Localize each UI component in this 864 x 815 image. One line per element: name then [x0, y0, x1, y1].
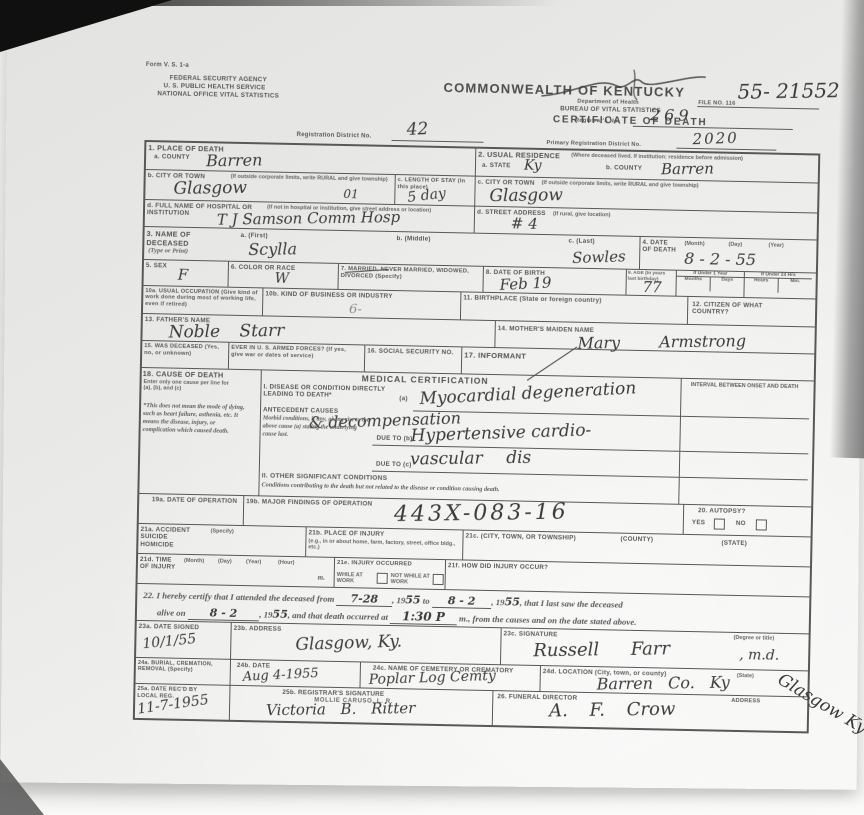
how-injury-label: 21f. HOW DID INJURY OCCUR?	[448, 562, 548, 571]
autopsy-no-label: NO	[736, 520, 746, 528]
disease-label: I. DISEASE OR CONDITION DIRECTLY LEADING…	[263, 383, 395, 400]
certify-year3: 55	[272, 608, 288, 621]
injury-state-label: (STATE)	[721, 540, 747, 548]
injury-occurred-label: 21e. INJURY OCCURRED	[337, 560, 412, 568]
certify-from-value: 7-28	[336, 592, 392, 607]
cemetery-cell: 24c. NAME OF CEMETERY OR CREMATORY Popla…	[360, 662, 540, 691]
while-at-work-checkbox	[377, 573, 388, 584]
middle-name-label: b. (Middle)	[396, 235, 430, 243]
race-cell: 6. COLOR OR RACE W	[229, 262, 339, 289]
certify-hour-value: 1:30 P	[390, 609, 457, 625]
months-label: Months	[677, 277, 711, 292]
residence-state-label: a. STATE	[482, 162, 511, 170]
industry-label: 10b. KIND OF BUSINESS OR INDUSTRY	[265, 290, 455, 301]
certification-sep3: , 19	[259, 609, 272, 619]
interval-line-b	[680, 451, 808, 455]
birthplace-label: 11. BIRTHPLACE (State or foreign country…	[463, 294, 601, 304]
autopsy-yes-label: YES	[692, 519, 706, 527]
certify-alive-value: 8 - 2	[188, 606, 260, 621]
ink-scribble	[537, 66, 708, 105]
injury-place-label: 21b. PLACE OF INJURY	[309, 529, 385, 538]
primary-reg-label: Primary Registration District No.	[546, 140, 641, 148]
medical-certification-title: MEDICAL CERTIFICATION	[362, 373, 489, 386]
was-deceased-label: 15. WAS DECEASED (Yes, no, or unknown)	[144, 343, 224, 358]
interval-label: INTERVAL BETWEEN ONSET AND DEATH	[690, 383, 800, 391]
under1-cell: If Under 1 Year Months Days	[676, 271, 744, 297]
injury-occurred-cell: 21e. INJURY OCCURRED WHILE AT WORK NOT W…	[335, 558, 447, 589]
cause-c-prefix: DUE TO (c)	[376, 461, 412, 469]
certify-year1: 55	[405, 593, 421, 606]
file-no-value: 55- 21552	[737, 78, 840, 104]
dob-value: Feb 19	[499, 273, 552, 294]
row-cause: 18. CAUSE OF DEATH Enter only one cause …	[139, 368, 813, 507]
file-no-rule	[697, 106, 819, 109]
dod-month-label: (Month)	[684, 241, 704, 248]
min-label: Min.	[778, 279, 811, 294]
name-label: 3. NAME OF DECEASED	[146, 229, 224, 249]
sex-label: 5. SEX	[146, 262, 167, 270]
under24-cell: If Under 24 Hrs Hours Min.	[744, 272, 811, 298]
sex-value: F	[178, 266, 189, 284]
antecedent-note: Morbid conditions, if any, giving rise t…	[262, 415, 370, 441]
last-name-label: c. (Last)	[568, 238, 595, 246]
dod-year-label: (Year)	[768, 243, 783, 250]
injury-county-label: (COUNTY)	[620, 536, 653, 544]
funeral-director-cell: 26. FUNERAL DIRECTOR A. F. Crow ADDRESS	[493, 691, 804, 731]
signature-cell: 23c. SIGNATURE (Degree or title) Russell…	[501, 628, 805, 670]
while-at-work-label: WHILE AT WORK	[337, 572, 377, 585]
degree-note: (Degree or title)	[733, 635, 774, 642]
residence-county-value: Barren	[661, 159, 714, 178]
funeral-director-value: A. F. Crow	[549, 699, 676, 722]
not-while-checkbox	[433, 574, 444, 585]
dod-value: 8 - 2 - 55	[684, 249, 756, 269]
pod-city-cell: b. CITY OR TOWN (If outside corporate li…	[145, 170, 396, 204]
registrars-no-label: Registrar's No.	[575, 118, 620, 126]
residence-state-value: Ky	[524, 158, 542, 174]
injury-day-label: (Day)	[218, 559, 232, 566]
occupation-cell: 10a. USUAL OCCUPATION (Give kind of work…	[143, 286, 264, 315]
cemetery-value: Poplar Log Cemty	[368, 668, 496, 688]
occupation-label: 10a. USUAL OCCUPATION (Give kind of work…	[145, 288, 259, 310]
burial-date-cell: 24b. DATE Aug 4-1955	[231, 660, 361, 688]
dod-day-label: (Day)	[728, 242, 742, 249]
certify-to-value: 8 - 2	[432, 594, 492, 609]
findings-value: 443X-083-16	[394, 500, 569, 528]
certification-sep1: , 19	[392, 595, 405, 605]
registrars-no-value: 269	[650, 105, 693, 125]
sex-cell: 5. SEX F	[144, 260, 229, 287]
burial-location-value: Barren Co. Ky	[597, 673, 730, 694]
certification-text5: m., from the causes and on the date stat…	[459, 613, 637, 627]
signature-label: 23c. SIGNATURE	[504, 630, 558, 639]
injury-time-label: 21d. TIME OF INJURY	[140, 556, 176, 572]
autopsy-yes-checkbox	[714, 518, 725, 529]
street-value: # 4	[511, 214, 538, 233]
hospital-value: T J Samson Comm Hosp	[217, 208, 401, 229]
form-number: Form V. S. 1-a	[146, 62, 189, 70]
reg-district-label: Registration District No.	[296, 132, 371, 141]
citizen-label: 12. CITIZEN OF WHAT COUNTRY?	[692, 301, 772, 317]
autopsy-cell: 20. AUTOPSY? YES NO	[684, 505, 808, 536]
stay-cell: c. LENGTH OF STAY (In this place) 5 day	[395, 175, 476, 206]
reg-district-rule	[391, 140, 483, 143]
armed-forces-label: EVER IN U. S. ARMED FORCES? (If yes, giv…	[231, 345, 359, 361]
pod-county-value: Barren	[206, 150, 263, 170]
director-address-label: ADDRESS	[731, 698, 760, 705]
burial-type-cell: 24a. BURIAL, CREMATION, REMOVAL (Specify…	[136, 658, 231, 685]
injury-city-label: 21c. (CITY, TOWN, OR TOWNSHIP)	[465, 533, 576, 543]
marital-cell: 7. MARRIED, NEVER MARRIED, WIDOWED, DIVO…	[338, 264, 483, 292]
interval-cell: INTERVAL BETWEEN ONSET AND DEATH	[679, 379, 809, 507]
cause-note1: Enter only one cause per line for (a), (…	[143, 379, 233, 393]
residence-city-value: Glasgow	[489, 185, 563, 206]
address-cell: 23b. ADDRESS Glasgow, Ky.	[231, 623, 502, 664]
armed-forces-cell: EVER IN U. S. ARMED FORCES? (If yes, giv…	[229, 343, 365, 372]
age-cell: 9. AGE (In years last birthday) 77	[626, 270, 676, 296]
registrar-signature-cell: 25b. REGISTRAR'S SIGNATURE MOLLIE CARUSO…	[230, 686, 494, 725]
signature-degree-value: , m.d.	[739, 647, 779, 664]
received-cell: 25a. DATE REC'D BY LOCAL REG. 11-7-1955	[135, 684, 231, 720]
primary-reg-value: 2020	[692, 129, 739, 148]
date-signed-value: 10/1/55	[142, 631, 197, 652]
injury-place-note: (e.g., in or about home, farm, factory, …	[308, 538, 456, 554]
injury-time-cell: 21d. TIME OF INJURY (Month) (Day) (Year)…	[138, 554, 336, 587]
certification-text1: I hereby certify that I attended the dec…	[156, 590, 334, 604]
registrar-signature-value: Victoria B. Ritter	[266, 699, 416, 719]
certification-text4: , and that death occurred at	[288, 610, 388, 622]
days-label: Days	[711, 278, 744, 293]
cause-main-cell: MEDICAL CERTIFICATION I. DISEASE OR COND…	[259, 370, 681, 503]
race-value: W	[275, 271, 290, 287]
date-signed-cell: 23a. DATE SIGNED 10/1/55	[136, 621, 232, 659]
pod-city-code: 01	[343, 187, 359, 201]
last-name-value: Sowles	[572, 247, 626, 267]
autopsy-label: 20. AUTOPSY?	[698, 507, 746, 515]
primary-reg-rule	[676, 148, 776, 151]
street-note: (If rural, give location)	[553, 211, 611, 218]
burial-date-value: Aug 4-1955	[242, 666, 319, 685]
date-signed-label: 23a. DATE SIGNED	[139, 623, 200, 632]
cause-sidebar-cell: 18. CAUSE OF DEATH Enter only one cause …	[139, 368, 261, 495]
dob-cell: 8. DATE OF BIRTH Feb 19	[483, 267, 626, 295]
cause-c-value: vascular dis	[410, 448, 531, 470]
operation-date-label: 19a. DATE OF OPERATION	[141, 496, 237, 505]
cause-line-c	[372, 471, 679, 478]
residence-title: 2. USUAL RESIDENCE	[478, 150, 560, 161]
dod-cell: 4. DATE OF DEATH (Month) (Day) (Year) 8 …	[640, 237, 813, 272]
stay-value: 5 day	[407, 185, 447, 205]
accident-label: 21a. ACCIDENT SUICIDE HOMICIDE	[140, 526, 198, 549]
certificate-table: 1. PLACE OF DEATH a. COUNTY Barren 2. US…	[133, 140, 821, 733]
was-deceased-cell: 15. WAS DECEASED (Yes, no, or unknown)	[142, 341, 230, 369]
marital-label: 7. MARRIED, NEVER MARRIED, WIDOWED, DIVO…	[341, 266, 479, 282]
agency-line-3: NATIONAL OFFICE VITAL STATISTICS	[157, 90, 279, 100]
address-value: Glasgow, Ky.	[295, 631, 402, 654]
ssn-cell: 16. SOCIAL SECURITY NO.	[365, 345, 463, 373]
autopsy-no-checkbox	[756, 519, 767, 530]
cause-title: 18. CAUSE OF DEATH	[143, 369, 224, 380]
cause-note2: *This does not mean the mode of dying, s…	[143, 402, 250, 436]
injury-place-cell: 21b. PLACE OF INJURY (e.g., in or about …	[306, 527, 464, 559]
cause-a-prefix: (a)	[399, 395, 408, 403]
certification-number: 22.	[143, 590, 154, 600]
form-header: Form V. S. 1-a FEDERAL SECURITY AGENCY U…	[144, 62, 821, 154]
burial-location-state-label: (State)	[737, 673, 754, 680]
certification-text2: , that I last saw the deceased	[520, 598, 623, 610]
scanned-death-certificate-photo: Form V. S. 1-a FEDERAL SECURITY AGENCY U…	[0, 0, 864, 815]
pod-city-value: Glasgow	[173, 178, 247, 199]
antecedent-label: ANTECEDENT CAUSES	[263, 406, 338, 415]
photo-bottom-edge	[0, 793, 864, 815]
dod-label: 4. DATE OF DEATH	[642, 239, 676, 255]
birthplace-cell: 11. BIRTHPLACE (State or foreign country…	[461, 292, 688, 324]
accident-note: (Specify)	[211, 528, 234, 535]
residence-city-note: (If outside corporate limits, write RURA…	[542, 180, 792, 191]
operation-date-cell: 19a. DATE OF OPERATION	[139, 494, 245, 525]
industry-cell: 10b. KIND OF BUSINESS OR INDUSTRY 6-	[263, 288, 462, 319]
pod-county-label: a. COUNTY	[154, 153, 190, 161]
age-value: 77	[642, 278, 661, 296]
not-while-label: NOT WHILE AT WORK	[391, 573, 433, 586]
injury-month-label: (Month)	[184, 558, 204, 565]
other-conditions-note: Conditions contributing to the death but…	[261, 481, 541, 494]
bureau-line: BUREAU OF VITAL STATISTICS	[560, 105, 661, 114]
findings-label: 19b. MAJOR FINDINGS OF OPERATION	[246, 498, 372, 508]
burial-location-cell: 24d. LOCATION (City, town, or county) (S…	[540, 666, 803, 696]
certify-year2: 55	[504, 595, 520, 608]
accident-cell: 21a. ACCIDENT SUICIDE HOMICIDE (Specify)	[138, 524, 307, 556]
reg-district-value: 42	[406, 119, 429, 140]
interval-line-c	[680, 477, 808, 481]
ssn-label: 16. SOCIAL SECURITY NO.	[367, 347, 457, 356]
informant-label: 17. INFORMANT	[464, 350, 526, 360]
injury-hour-label: (Hour)	[278, 560, 295, 567]
industry-value: 6-	[349, 302, 362, 317]
address-label: 23b. ADDRESS	[234, 625, 282, 633]
father-value: Noble Starr	[168, 321, 284, 343]
name-note: (Type or Print)	[148, 247, 188, 255]
certification-to-word: to	[423, 596, 430, 606]
burial-type-label: 24a. BURIAL, CREMATION, REMOVAL (Specify…	[138, 660, 226, 675]
certification-sep2: , 19	[491, 597, 504, 607]
citizen-cell: 12. CITIZEN OF WHAT COUNTRY?	[688, 297, 812, 326]
signature-value: Russell Farr	[533, 638, 670, 661]
injury-m-label: m.	[318, 574, 325, 582]
certificate-form: Form V. S. 1-a FEDERAL SECURITY AGENCY U…	[133, 62, 822, 733]
cause-b-prefix: DUE TO (b)	[376, 435, 412, 443]
interval-line-a	[681, 416, 809, 420]
certification-text3: alive on	[143, 607, 186, 618]
injury-year-label: (Year)	[246, 559, 261, 566]
hours-label: Hours	[744, 278, 778, 293]
first-name-value: Scylla	[248, 239, 297, 259]
residence-county-label: b. COUNTY	[606, 164, 642, 172]
